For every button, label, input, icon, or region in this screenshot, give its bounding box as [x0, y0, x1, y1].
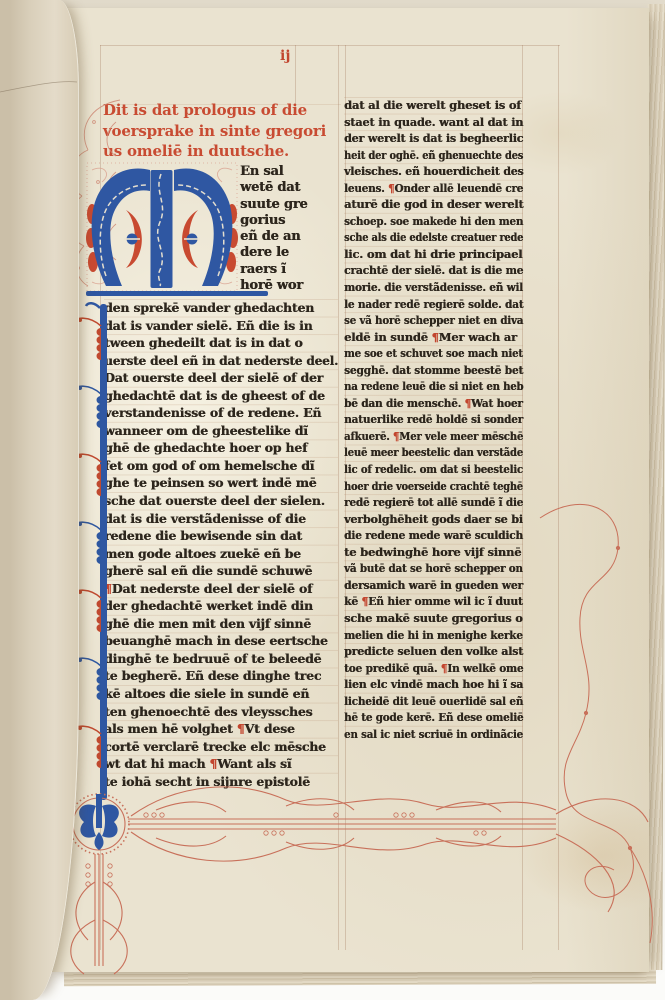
text-line: heit der oghē. eñ ghenuechte des — [344, 147, 497, 164]
text-line: verbolghēheit gods daer se bi — [344, 511, 517, 528]
text-line: morie. die verstãdenisse. eñ wil — [344, 279, 507, 296]
text-line: hē te gode kerē. Eñ dese omeliē — [344, 709, 505, 726]
text-line: horē wor — [240, 278, 346, 294]
text-line: leuens. ¶Onder allē leuendē cre — [344, 180, 506, 197]
text-line: uerste deel eñ in dat nederste deel. — [104, 352, 331, 370]
text-beside-initial: En salwetē datsuute gregoriuseñ de ander… — [240, 164, 346, 294]
paraph-mark: ¶ — [388, 181, 394, 195]
text-line: sche dat ouerste deel der sielen. — [104, 492, 338, 510]
text-line: ghe te peinsen so wert indē mē — [104, 474, 338, 492]
text-line: redē regierē tot allē sundē ĩ die — [344, 494, 507, 511]
rubric-line: us omeliē in duutsche. — [103, 141, 341, 162]
text-line: dat is die verstãdenisse of die — [104, 510, 338, 528]
text-line: predicte seluen den volke alst — [344, 643, 515, 660]
text-line: natuerlike redē holdē si sonder — [344, 411, 507, 428]
text-line: den sprekē vander ghedachten — [104, 299, 338, 317]
text-line: dere le — [240, 245, 346, 261]
gutter-hairline — [0, 0, 78, 200]
rubric-line: voersprake in sinte gregori — [103, 121, 341, 142]
text-line: dat al die werelt gheset is of — [344, 97, 523, 114]
text-line: eñ de an — [240, 229, 346, 245]
text-line: kē altoes die siele in sundē eñ — [104, 685, 338, 703]
text-line: raers ĩ — [240, 262, 346, 278]
text-line: vã butē dat se horē schepper on — [344, 560, 504, 577]
text-line: der werelt is dat is begheerlic — [344, 130, 516, 147]
right-margin-flourish — [522, 488, 665, 958]
rubric-line: Dit is dat prologus of die — [103, 100, 341, 121]
paraph-mark: ¶ — [432, 330, 439, 344]
text-line: lic of redelic. om dat si beestelic — [344, 461, 502, 478]
text-line: afkuerē. ¶Mer vele meer mēschē — [344, 428, 501, 445]
text-line: en sal ic niet scriuē in ordinãcie — [344, 726, 503, 743]
text-line: als men hē volghet ¶Vt dese — [104, 720, 338, 738]
text-line: aturē die god in deser werelt — [344, 196, 522, 213]
text-line: ¶Dat nederste deel der sielē of — [104, 580, 338, 598]
manuscript-page: ij Dit is dat prologus of dievoersprake … — [52, 8, 649, 972]
text-line: melien die hi in menighe kerke — [344, 627, 507, 644]
text-line: En sal — [240, 164, 346, 180]
text-line: schoep. soe makede hi den men — [344, 213, 505, 230]
text-line: redene die bewisende sin dat — [104, 527, 338, 545]
ruling-line-horizontal — [100, 45, 560, 46]
text-line: bē dan die menschē. ¶Wat hoer — [344, 395, 507, 412]
rubric: Dit is dat prologus of dievoersprake in … — [103, 100, 341, 162]
text-line: ghedachtē dat is de gheest of de — [104, 387, 338, 405]
previous-page-edge — [0, 0, 79, 1000]
text-line: beuanghē mach in dese eertsche — [104, 632, 338, 650]
text-line: licheidē dit leuē ouerlidē sal eñ — [344, 693, 507, 710]
text-line: eldē in sundē ¶Mer wach ar — [344, 329, 523, 346]
text-line: men gode altoes zuekē eñ be — [104, 545, 338, 563]
text-line: crachtē der sielē. dat is die me — [344, 262, 511, 279]
paraph-mark: ¶ — [237, 721, 245, 736]
text-line: cortē verclarē trecke elc mēsche — [104, 738, 338, 756]
text-line: vleisches. eñ houerdicheit des — [344, 163, 514, 180]
text-line: se vã horē schepper niet en diva — [344, 312, 503, 329]
text-line: verstandenisse of de redene. Eñ — [104, 404, 338, 422]
text-line: sche als die edelste creatuer rede — [344, 229, 497, 246]
text-line: wetē dat — [240, 180, 346, 196]
text-line: lic. om dat hi drie principael — [344, 246, 523, 263]
text-line: segghē. dat stomme beestē bet — [344, 362, 509, 379]
text-line: dersamich warē in gueden wer — [344, 577, 511, 594]
text-line: ghē de ghedachte hoer op hef — [104, 439, 338, 457]
text-line: le nader redē regierē solde. dat — [344, 296, 507, 313]
paraph-mark: ¶ — [441, 661, 448, 675]
text-line: gherē sal eñ die sundē schuwē — [104, 562, 338, 580]
text-line: leuē meer beestelic dan verstãde — [344, 444, 500, 461]
text-line: gorius — [240, 213, 346, 229]
text-line: me soe et schuvet soe mach niet — [344, 345, 502, 362]
ruling-line-vertical — [295, 45, 296, 107]
paraph-mark: ¶ — [209, 756, 217, 771]
text-line: na redene leuē die si niet en heb — [344, 378, 501, 395]
text-column-left: den sprekē vander ghedachtendat is vande… — [104, 299, 338, 790]
paraph-mark: ¶ — [465, 396, 472, 410]
illuminated-initial-M: M — [86, 162, 238, 292]
text-line: hoer drie voerseide crachtē teghē — [344, 478, 496, 495]
text-line: ghē die men mit den vijf sinnē — [104, 615, 338, 633]
text-line: wanneer om de gheestelike dĩ — [104, 422, 338, 440]
text-line: sche makē suute gregorius o — [344, 610, 521, 627]
text-line: Dat ouerste deel der sielē of der — [104, 369, 338, 387]
manuscript-photo: { "page": { "folio_number": "ij", "rubri… — [0, 0, 665, 1000]
text-line: kē ¶Eñ hier omme wil ic ĩ duut — [344, 593, 511, 610]
text-column-right: dat al die werelt gheset is ofstaet in q… — [344, 97, 523, 742]
text-line: ten ghenoechtē des vleyssches — [104, 703, 338, 721]
text-line: te begherē. Eñ dese dinghe trec — [104, 667, 338, 685]
text-line: tween ghedeilt dat is in dat o — [104, 334, 338, 352]
paraph-mark: ¶ — [393, 429, 399, 443]
text-line: dinghē te bedruuē of te beleedē — [104, 650, 338, 668]
text-line: lien elc vindē mach hoe hi ĩ sa — [344, 676, 514, 693]
text-line: der ghedachtē werket indē din — [104, 597, 338, 615]
folio-number: ij — [280, 48, 290, 64]
text-line: suute gre — [240, 197, 346, 213]
text-line: die redene mede warē sculdich — [344, 527, 509, 544]
text-line: te bedwinghē hore vijf sinnē — [344, 544, 523, 561]
text-line: staet in quade. want al dat in — [344, 114, 520, 131]
text-line: toe predikē quā. ¶In welkē ome — [344, 660, 507, 677]
text-line: dat is vander sielē. Eñ die is in — [104, 317, 338, 335]
text-line: fet om god of om hemelsche dĩ — [104, 457, 338, 475]
paraph-mark: ¶ — [361, 594, 368, 608]
